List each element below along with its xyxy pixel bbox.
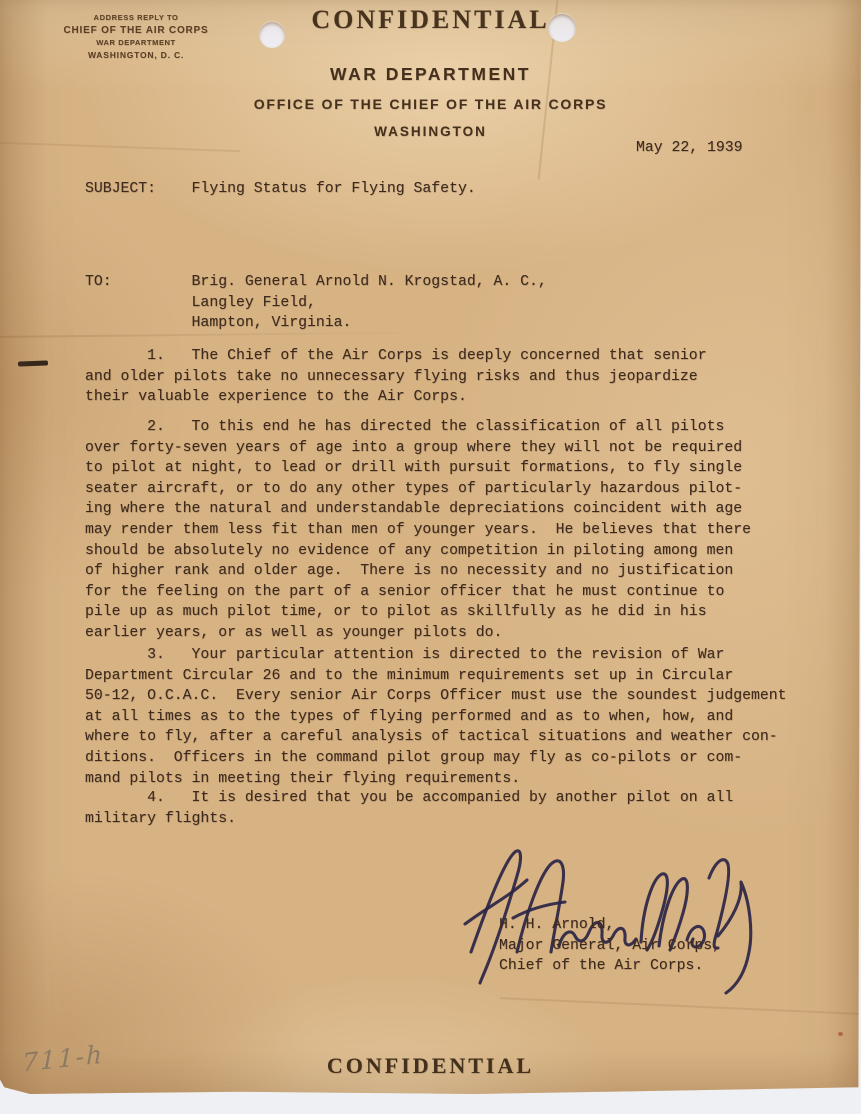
paper-speck xyxy=(838,1032,843,1036)
letterhead-office: OFFICE OF THE CHIEF OF THE AIR CORPS xyxy=(0,96,861,112)
letterhead-city: WASHINGTON xyxy=(0,124,861,139)
signature-typed-block: H. H. Arnold, Major General, Air Corps, … xyxy=(499,915,721,977)
scanned-letter: CONFIDENTIAL ADDRESS REPLY TO CHIEF OF T… xyxy=(0,0,861,1114)
letterhead-reply-block: ADDRESS REPLY TO CHIEF OF THE AIR CORPS … xyxy=(52,13,220,62)
subject-line: SUBJECT: Flying Status for Flying Safety… xyxy=(85,179,476,200)
letterhead-reply-line: WAR DEPARTMENT xyxy=(52,38,220,49)
paragraph-4: 4. It is desired that you be accompanied… xyxy=(85,788,733,829)
paper-crease xyxy=(0,142,240,152)
letterhead-reply-line: WASHINGTON, D. C. xyxy=(52,49,220,61)
letterhead-department: WAR DEPARTMENT xyxy=(0,64,861,85)
letterhead-reply-line: CHIEF OF THE AIR CORPS xyxy=(52,24,220,39)
paragraph-3: 3. Your particular attention is directed… xyxy=(85,645,787,789)
margin-tick-mark xyxy=(18,360,48,366)
paragraph-2: 2. To this end he has directed the class… xyxy=(85,417,751,644)
letterhead-reply-line: ADDRESS REPLY TO xyxy=(52,13,220,24)
letter-paper: CONFIDENTIAL ADDRESS REPLY TO CHIEF OF T… xyxy=(0,0,861,1114)
date-line: May 22, 1939 xyxy=(636,138,743,159)
paragraph-1: 1. The Chief of the Air Corps is deeply … xyxy=(85,346,707,408)
classification-stamp-bottom: CONFIDENTIAL xyxy=(0,1053,861,1079)
to-address-block: TO: Brig. General Arnold N. Krogstad, A.… xyxy=(85,272,547,334)
paper-crease xyxy=(500,997,860,1015)
